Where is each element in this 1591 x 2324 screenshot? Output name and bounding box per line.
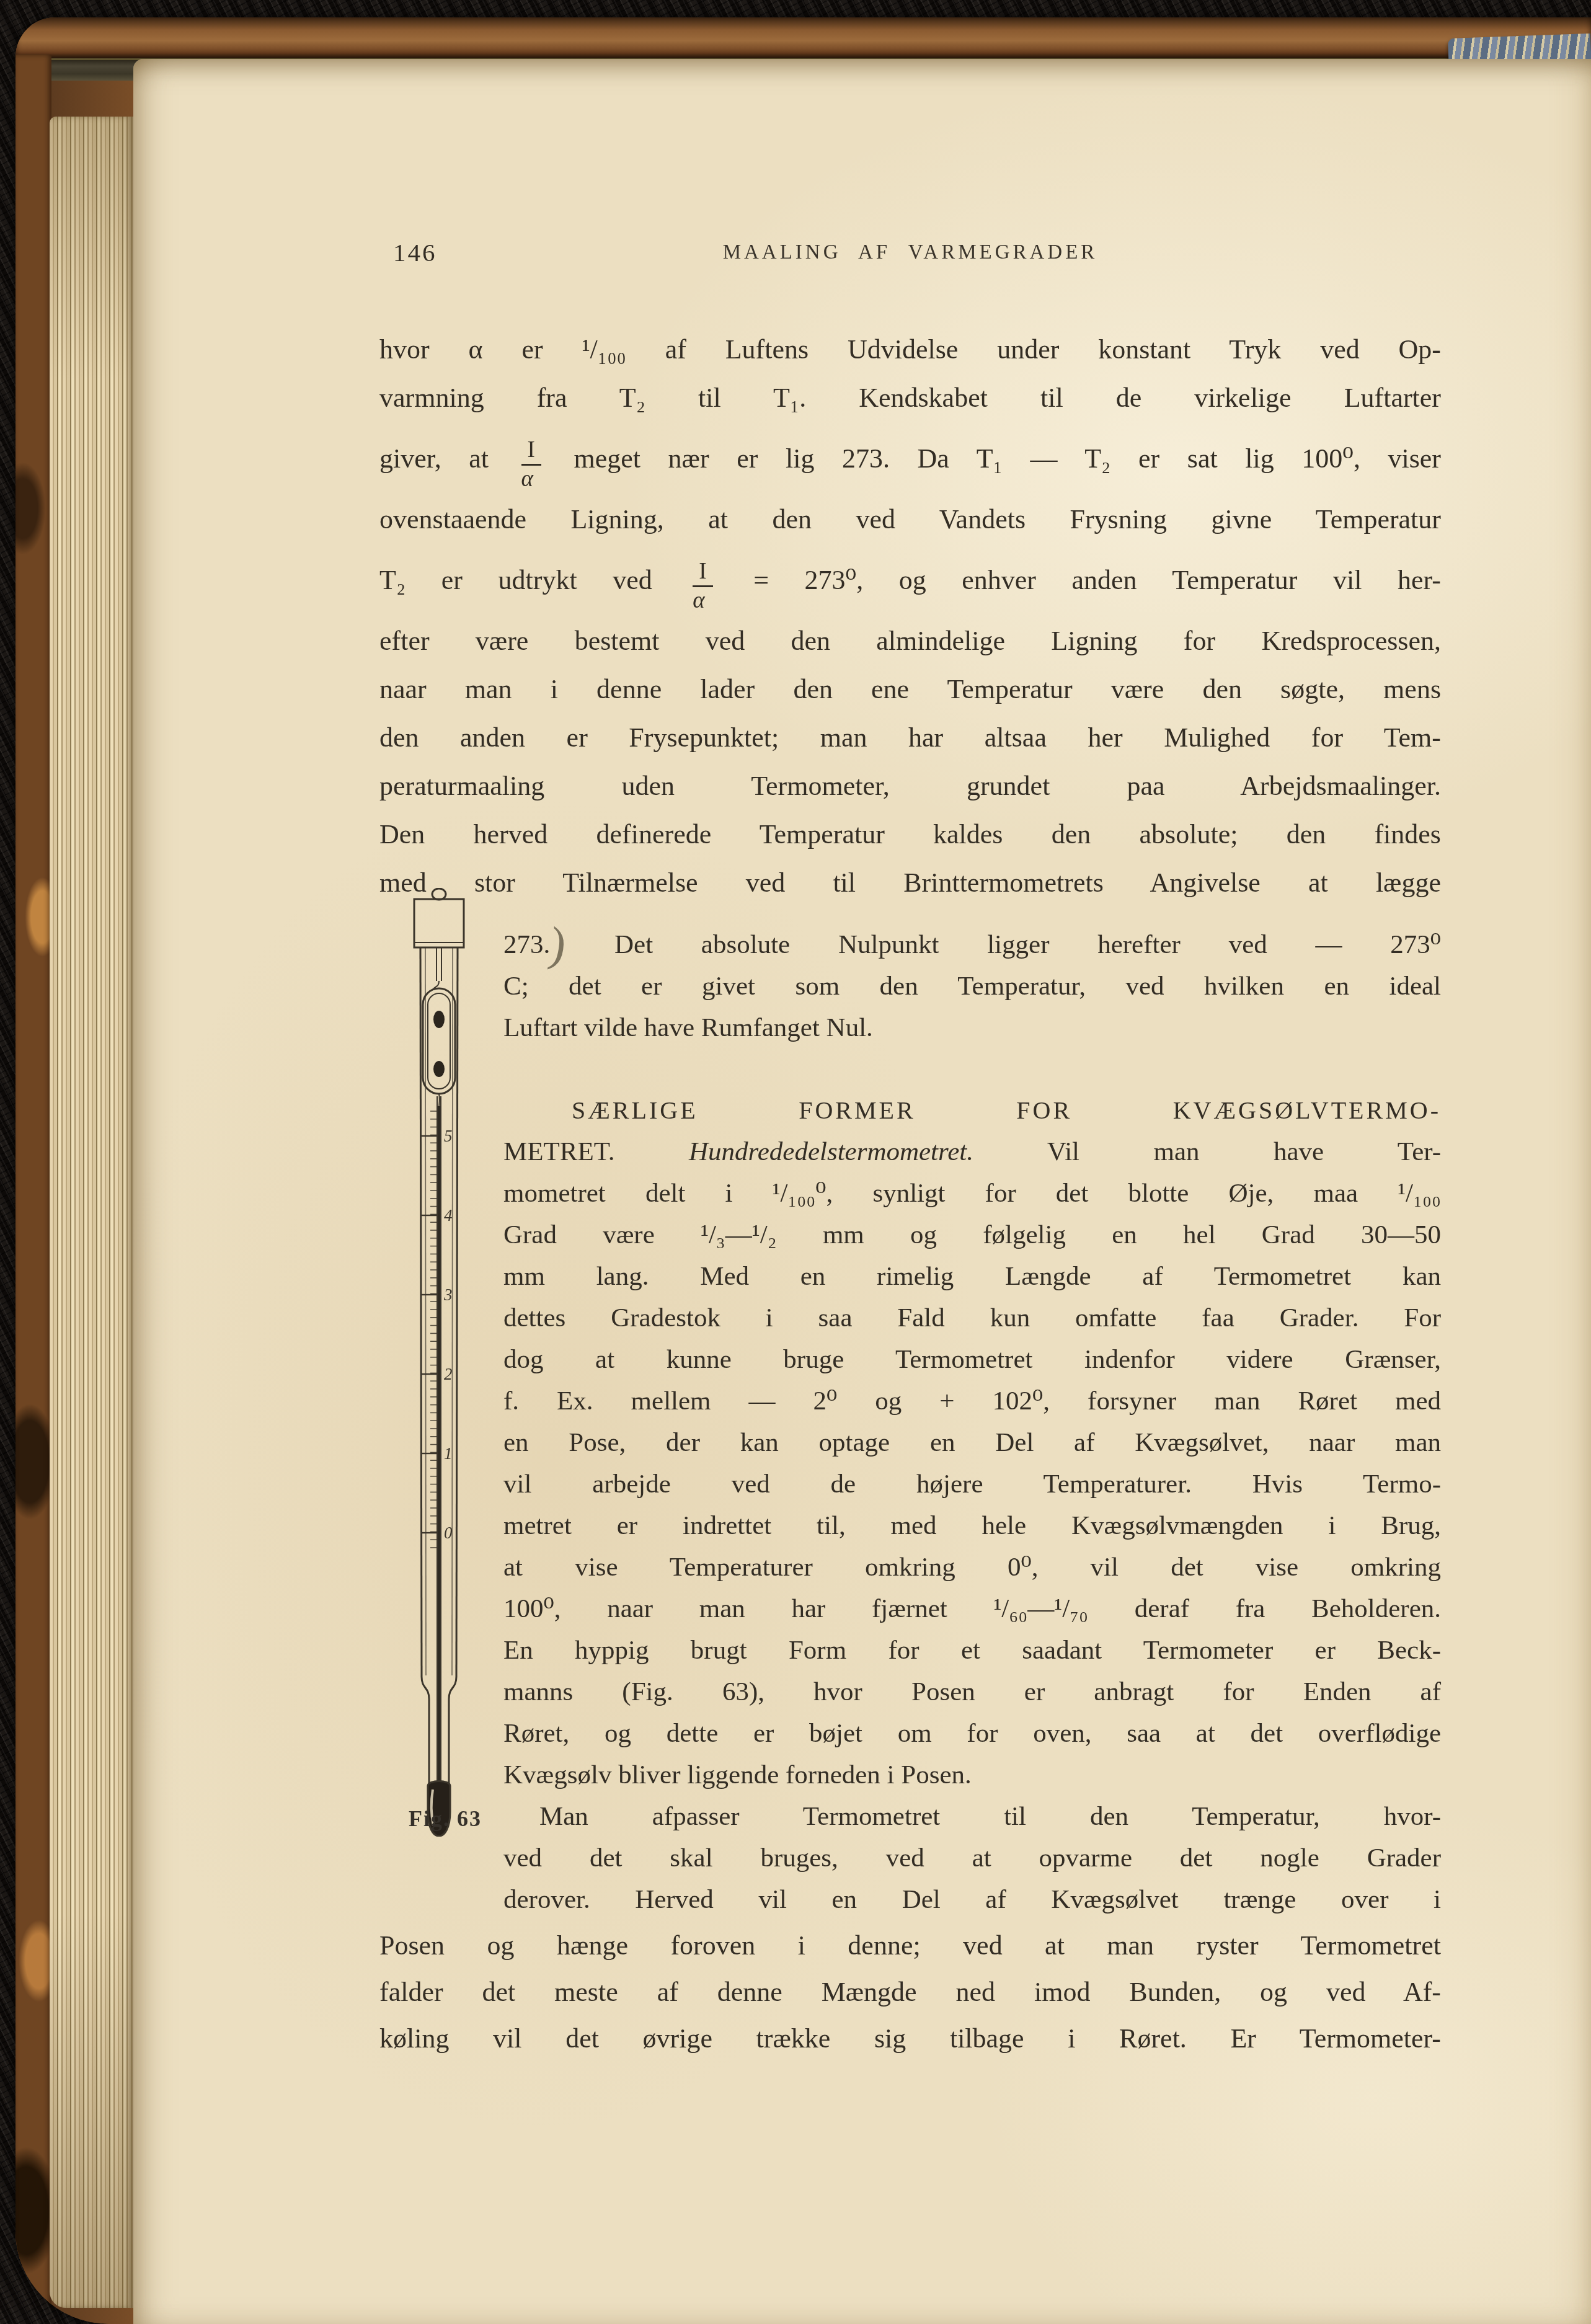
text-line: 273.) Det absolute Nulpunkt ligger heref… (503, 924, 1441, 965)
scale-label-4: 4 (444, 1206, 453, 1225)
text-line: ved det skal bruges, ved at opvarme det … (503, 1837, 1441, 1879)
fraction-denominator: α (693, 587, 712, 614)
figure-63-thermometer: 5 4 3 2 1 0 Fig. 63 (392, 888, 516, 1837)
page-header: 146 MAALING AF VARMEGRADER (379, 237, 1441, 276)
text-line: falder det meste af denne Mængde ned imo… (379, 1969, 1441, 2015)
mercury-blob-upper (433, 1011, 445, 1028)
text-line: den anden er Frysepunktet; man har altsa… (379, 714, 1441, 762)
scale-label-5: 5 (444, 1127, 453, 1145)
scale-label-0: 0 (444, 1523, 453, 1542)
book: 146 MAALING AF VARMEGRADER hvor α er ¹/₁… (16, 17, 1591, 2324)
text-line: Røret, og dette er bøjet om for oven, sa… (503, 1713, 1441, 1754)
text-line: naar man i denne lader den ene Temperatu… (379, 665, 1441, 714)
scale-minor-ticks (430, 1111, 437, 1548)
text-line: vil arbejde ved de højere Temperaturer. … (503, 1463, 1441, 1505)
paragraph-top: hvor α er ¹/₁₀₀ af Luftens Udvidelse und… (379, 326, 1441, 907)
fraction-denominator: α (521, 466, 541, 493)
text-segment: T₂ er udtrykt ved (379, 565, 652, 595)
text-segment: 273. (503, 930, 550, 959)
scale-label-2: 2 (444, 1365, 453, 1383)
text-line: manns (Fig. 63), hvor Posen er anbragt f… (503, 1671, 1441, 1713)
tube-shoulder-left (422, 1677, 429, 1699)
text-segment: Vil man have Ter- (1047, 1137, 1441, 1166)
scale-label-1: 1 (444, 1444, 453, 1463)
thermometer-cap (414, 899, 464, 947)
text-line: at vise Temperaturer omkring 0⁰, vil det… (503, 1546, 1441, 1588)
text-segment: = 273⁰, og enhver anden Temperatur vil h… (753, 565, 1441, 595)
book-page: 146 MAALING AF VARMEGRADER hvor α er ¹/₁… (133, 59, 1591, 2324)
text-segment: METRET. (503, 1137, 615, 1166)
text-line: køling vil det øvrige trække sig tilbage… (379, 2015, 1441, 2062)
text-line: peraturmaaling uden Termometer, grundet … (379, 762, 1441, 810)
text-line: ovenstaaende Ligning, at den ved Vandets… (379, 495, 1441, 544)
text-line: Man afpasser Termometret til den Tempera… (503, 1796, 1441, 1837)
figure-caption: Fig. 63 (383, 1806, 507, 1832)
text-line: En hyppig brugt Form for et saadant Term… (503, 1630, 1441, 1671)
text-line-with-fraction: giver, at Iα meget nær er lig 273. Da T₁… (379, 422, 1441, 495)
text-line: Den herved definerede Temperatur kaldes … (379, 810, 1441, 859)
paragraph-bottom: Posen og hænge foroven i denne; ved at m… (379, 1922, 1441, 2062)
thermometer-top-knob (432, 889, 446, 900)
section-heading: SÆRLIGE FORMER FOR KVÆGSØLVTERMO- (503, 1089, 1441, 1131)
paragraph-beside-figure: 273.) Det absolute Nulpunkt ligger heref… (503, 924, 1441, 1920)
text-segment: Det absolute Nulpunkt ligger herefter ve… (614, 930, 1441, 959)
text-line: med stor Tilnærmelse ved til Brinttermom… (379, 859, 1441, 907)
beckmann-thermometer-illustration: 5 4 3 2 1 0 (392, 888, 491, 1837)
page-stack-edges (50, 117, 133, 2308)
text-line: Kvægsølv bliver liggende forneden i Pose… (503, 1754, 1441, 1796)
book-cover-top-edge (16, 17, 1591, 60)
text-line: Luftart vilde have Rumfanget Nul. (503, 1007, 1441, 1049)
fraction-one-over-alpha: Iα (693, 559, 712, 614)
text-line-with-fraction: T₂ er udtrykt ved Iα = 273⁰, og enhver a… (379, 544, 1441, 617)
text-segment: meget nær er lig 273. Da T₁ — T₂ er sat … (574, 443, 1442, 474)
fraction-numerator: I (521, 438, 541, 466)
text-line: metret er indrettet til, med hele Kvægsø… (503, 1505, 1441, 1546)
text-segment: giver, at (379, 443, 489, 474)
mercury-thread (438, 1106, 440, 1788)
outer-tube-right (456, 947, 458, 1677)
text-line: 100⁰, naar man har fjærnet ¹/₆₀—¹/₇₀ der… (503, 1588, 1441, 1630)
text-line: Posen og hænge foroven i denne; ved at m… (379, 1922, 1441, 1969)
text-line: hvor α er ¹/₁₀₀ af Luftens Udvidelse und… (379, 326, 1441, 374)
book-cover-marbled-board (16, 55, 51, 2324)
text-line: dettes Gradestok i saa Fald kun omfatte … (503, 1297, 1441, 1339)
outer-tube-left (420, 947, 422, 1677)
mercury-blob-lower (433, 1061, 445, 1077)
scale-number-labels: 5 4 3 2 1 0 (443, 1127, 453, 1542)
text-line: en Pose, der kan optage en Del af Kvægsø… (503, 1422, 1441, 1463)
text-line: METRET. Hundrededelstermometret. Vil man… (503, 1131, 1441, 1173)
text-line: dog at kunne bruge Termometret indenfor … (503, 1339, 1441, 1380)
scale-major-ticks (422, 1136, 437, 1533)
text-line: derover. Herved vil en Del af Kvægsølvet… (503, 1879, 1441, 1920)
page-number: 146 (393, 237, 437, 267)
scanned-book-photo: 146 MAALING AF VARMEGRADER hvor α er ¹/₁… (0, 0, 1591, 2324)
text-line: efter være bestemt ved den almindelige L… (379, 617, 1441, 665)
tube-shoulder-right (449, 1677, 456, 1699)
fraction-one-over-alpha: Iα (521, 438, 541, 493)
text-line: C; det er givet som den Temperatur, ved … (503, 965, 1441, 1007)
text-line: mm lang. Med en rimelig Længde af Termom… (503, 1256, 1441, 1297)
scale-label-3: 3 (443, 1285, 453, 1304)
text-line: varmning fra T₂ til T₁. Kendskabet til d… (379, 374, 1441, 422)
fraction-numerator: I (693, 559, 712, 587)
text-line: mometret delt i ¹/₁₀₀⁰, synligt for det … (503, 1173, 1441, 1214)
text-line: Grad være ¹/₃—¹/₂ mm og følgelig en hel … (503, 1214, 1441, 1256)
figure-and-text-section: 5 4 3 2 1 0 Fig. 63 273.) Det absolute N… (379, 924, 1441, 1920)
stray-pen-mark: ) (550, 943, 566, 946)
running-header: MAALING AF VARMEGRADER (379, 237, 1441, 264)
text-line: f. Ex. mellem — 2⁰ og + 102⁰, forsyner m… (503, 1380, 1441, 1422)
italic-term: Hundrededelstermometret. (689, 1137, 973, 1166)
